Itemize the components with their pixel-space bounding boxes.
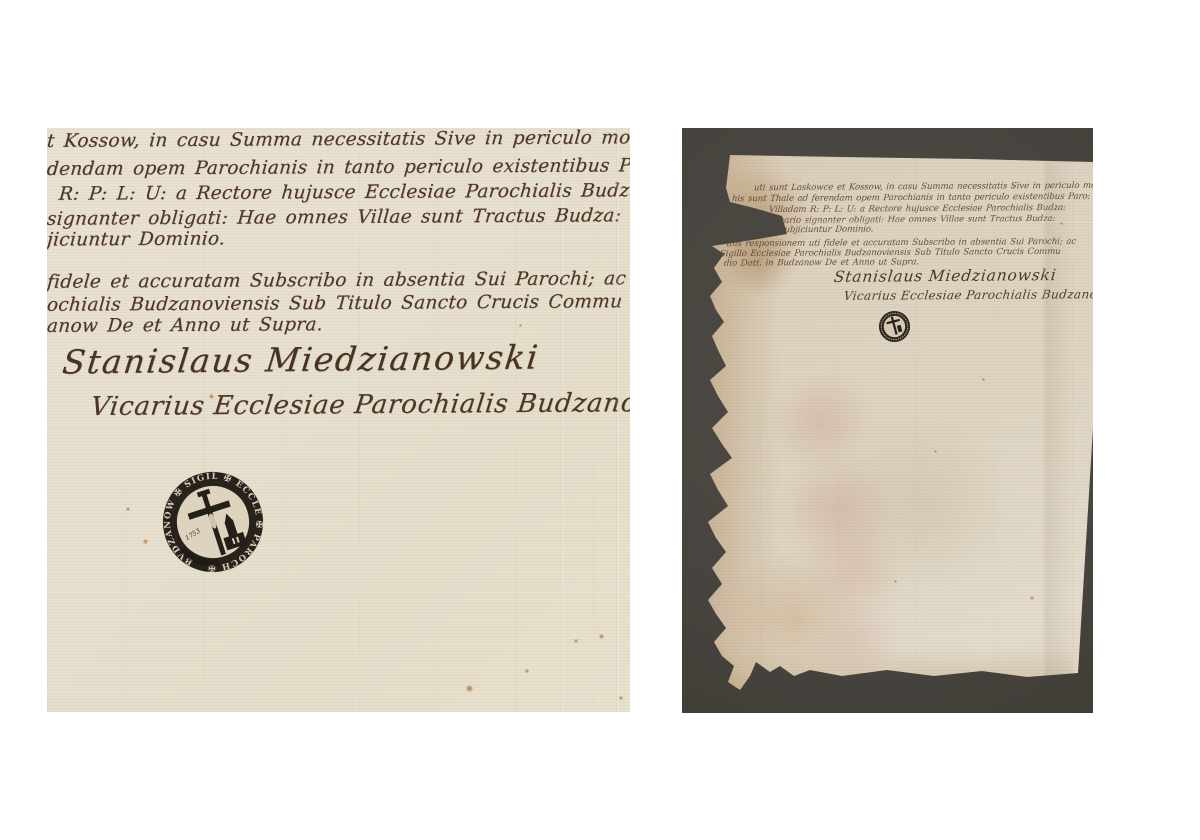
foxing-spot [519,324,522,327]
foxing-spot [1012,186,1015,189]
signature-title: Vicarius Ecclesiae Parochialis Budzanow [89,388,630,422]
foxing-spot [619,696,623,700]
archival-figure: t Kossow, in casu Summa necessitatis Siv… [0,0,1200,840]
manuscript-line: t Kossow, in casu Summa necessitatis Siv… [47,128,630,154]
manuscript-line: anow De et Anno ut Supra. [47,313,324,339]
foxing-spot [599,634,604,639]
foxing-spot [934,450,937,453]
foxing-spot [574,639,578,643]
foxing-spot [143,539,148,544]
fold-crease [47,590,630,593]
show-through-patch [832,418,1012,588]
foxing-spot [1030,596,1034,600]
fold-crease [616,128,619,712]
foxing-spot [894,580,897,583]
foxing-spot [209,394,214,399]
manuscript-line: dendam opem Parochianis in tanto pericul… [47,154,630,182]
foxing-spot [126,507,130,511]
full-page-photo: uti sunt Laskowce et Kossow, in casu Sum… [682,128,1093,713]
manuscript-page: uti sunt Laskowce et Kossow, in casu Sum… [682,128,1093,713]
signature-name: Stanislaus Miedzianowski [833,266,1058,286]
foxing-spot [1060,222,1063,225]
manuscript-line: R: P: L: U: a Rectore hujusce Ecclesiae … [58,179,630,207]
foxing-spot [466,685,473,692]
stain [810,606,902,676]
fold-crease [47,428,630,431]
fold-crease [561,128,564,712]
fold-crease [802,220,1093,223]
foxing-spot [525,669,529,673]
foxing-spot [982,378,985,381]
parish-seal-stamp: BVDZANOW ✠ SIGIL ✠ ECCLE ✠ PAROCH ✠ [159,468,267,576]
parish-seal-stamp-small [878,310,911,343]
manuscript-line-small: ae alio Subjiciuntur Dominio. [746,225,874,236]
manuscript-line: jiciuntur Dominio. [47,227,226,252]
document-detail-photo: t Kossow, in casu Summa necessitatis Siv… [47,128,630,712]
signature-name: Stanislaus Miedzianowski [61,338,542,382]
fold-shading [1044,158,1093,678]
